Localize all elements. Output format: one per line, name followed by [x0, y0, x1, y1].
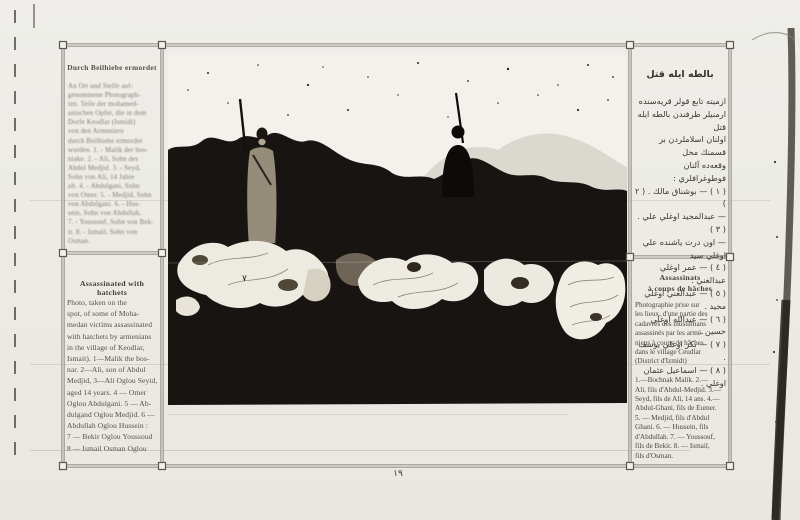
book-edge-shadow-dark: [776, 300, 786, 520]
scanned-page: { "document": { "page_number_arabic": "١…: [0, 0, 800, 520]
scan-right-edge: [0, 0, 800, 520]
